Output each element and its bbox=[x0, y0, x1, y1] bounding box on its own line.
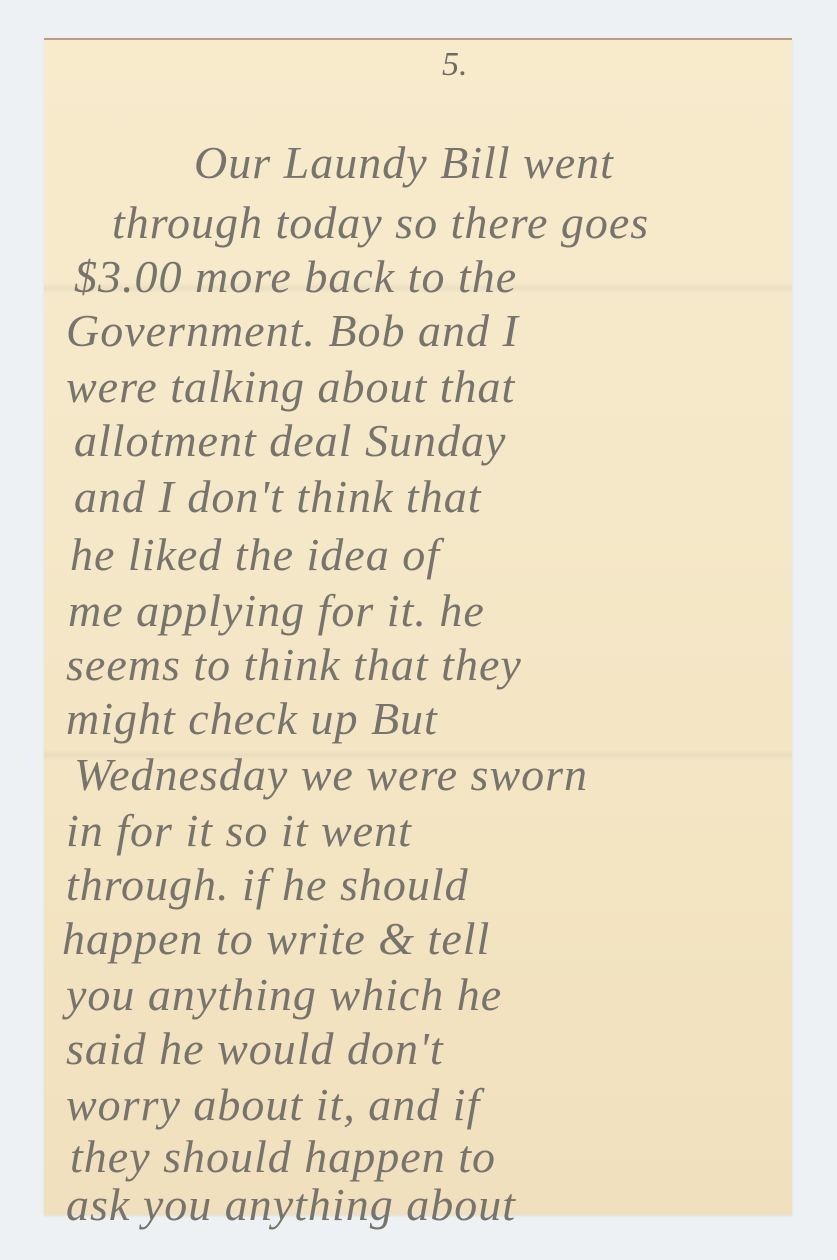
handwritten-line: said he would don't bbox=[66, 1022, 444, 1075]
page-top-edge bbox=[44, 38, 792, 40]
handwritten-line: and I don't think that bbox=[74, 470, 481, 523]
handwritten-line: ask you anything about bbox=[66, 1178, 516, 1231]
handwritten-line: me applying for it. he bbox=[68, 584, 485, 637]
handwritten-line: might check up But bbox=[66, 692, 438, 745]
handwritten-line: he liked the idea of bbox=[70, 528, 440, 581]
letter-page: 5. Our Laundy Bill went through today so… bbox=[44, 38, 792, 1215]
handwritten-line: through today so there goes bbox=[112, 196, 649, 249]
handwritten-line: in for it so it went bbox=[66, 804, 412, 857]
handwritten-line: allotment deal Sunday bbox=[74, 414, 506, 467]
handwritten-line: you anything which he bbox=[66, 968, 502, 1021]
handwritten-line: happen to write & tell bbox=[62, 912, 490, 965]
page-number: 5. bbox=[442, 46, 468, 84]
handwritten-line: $3.00 more back to the bbox=[74, 250, 517, 303]
handwritten-line: were talking about that bbox=[66, 360, 515, 413]
handwritten-line: Government. Bob and I bbox=[66, 304, 519, 357]
handwritten-line: worry about it, and if bbox=[66, 1078, 480, 1131]
handwritten-line: they should happen to bbox=[70, 1130, 496, 1183]
handwritten-line: through. if he should bbox=[66, 858, 469, 911]
handwritten-line: Wednesday we were sworn bbox=[74, 748, 588, 801]
handwritten-line: Our Laundy Bill went bbox=[194, 136, 614, 189]
handwritten-line: seems to think that they bbox=[66, 638, 522, 691]
